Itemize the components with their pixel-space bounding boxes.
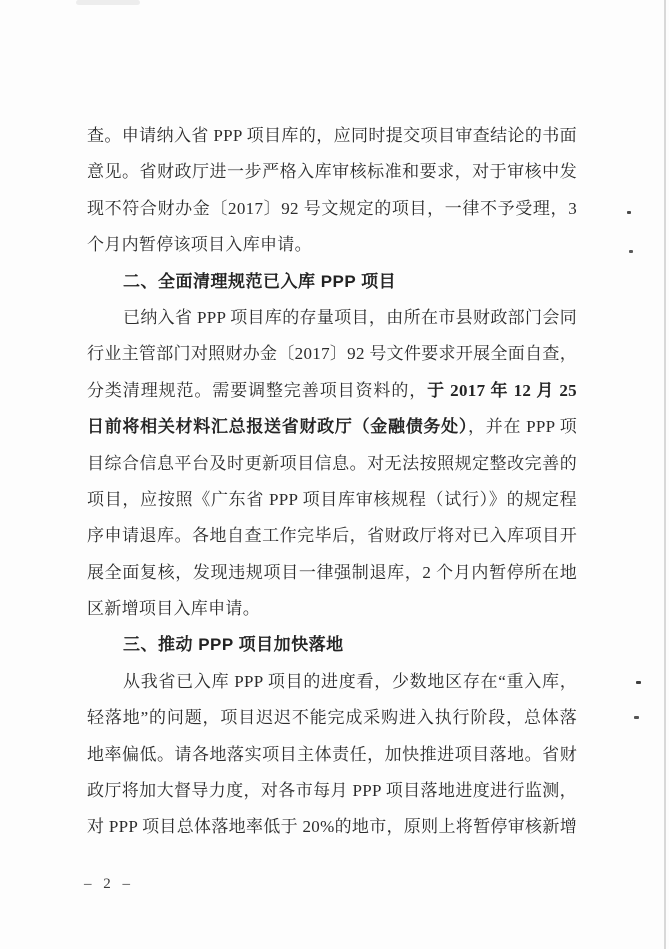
scan-speck: [634, 716, 639, 719]
scan-speck: [636, 681, 641, 684]
scanner-edge-line: [664, 0, 666, 949]
text-segment: 已纳入省 PPP 项目库的存量项目，由所在市县财政部门会同: [123, 308, 577, 327]
text-line: 序申请退库。各地自查工作完毕后，省财政厅将对已入库项目开: [87, 518, 577, 554]
text-line: 已纳入省 PPP 项目库的存量项目，由所在市县财政部门会同: [87, 300, 577, 336]
text-line: 查。申请纳入省 PPP 项目库的，应同时提交项目审查结论的书面: [87, 118, 577, 154]
text-line: 日前将相关材料汇总报送省财政厅（金融债务处），并在 PPP 项: [87, 409, 577, 445]
bold-text-segment: 日前将相关材料汇总报送省财政厅（金融债务处）: [87, 417, 468, 436]
text-line: 现不符合财办金〔2017〕92 号文规定的项目，一律不予受理，3: [87, 191, 577, 227]
text-segment: 行业主管部门对照财办金〔2017〕92 号文件要求开展全面自查，: [87, 344, 577, 363]
text-line: 轻落地”的问题，项目迟迟不能完成采购进入执行阶段，总体落: [87, 700, 577, 736]
bold-text-segment: 于 2017 年 12 月 25: [427, 381, 577, 400]
text-segment: 序申请退库。各地自查工作完毕后，省财政厅将对已入库项目开: [87, 526, 577, 545]
text-line: 目综合信息平台及时更新项目信息。对无法按照规定整改完善的: [87, 446, 577, 482]
text-line: 分类清理规范。需要调整完善项目资料的，于 2017 年 12 月 25: [87, 373, 577, 409]
text-segment: 对 PPP 项目总体落地率低于 20%的地市，原则上将暂停审核新增: [87, 817, 577, 836]
text-segment: 轻落地”的问题，项目迟迟不能完成采购进入执行阶段，总体落: [87, 708, 577, 727]
text-segment: 分类清理规范。需要调整完善项目资料的，: [87, 381, 427, 400]
text-line: 地率偏低。请各地落实项目主体责任，加快推进项目落地。省财: [87, 737, 577, 773]
text-segment: 意见。省财政厅进一步严格入库审核标准和要求，对于审核中发: [87, 162, 577, 181]
text-line: 个月内暂停该项目入库申请。: [87, 227, 577, 263]
section-heading: 二、全面清理规范已入库 PPP 项目: [123, 264, 577, 300]
page-number: – 2 –: [84, 876, 134, 893]
document-body: 查。申请纳入省 PPP 项目库的，应同时提交项目审查结论的书面意见。省财政厅进一…: [87, 118, 577, 846]
text-line: 意见。省财政厅进一步严格入库审核标准和要求，对于审核中发: [87, 154, 577, 190]
text-line: 从我省已入库 PPP 项目的进度看，少数地区存在“重入库，: [87, 664, 577, 700]
text-line: 政厅将加大督导力度，对各市每月 PPP 项目落地进度进行监测，: [87, 773, 577, 809]
scan-smudge-top: [76, 0, 140, 5]
scan-speck: [629, 250, 633, 253]
scanned-document-page: 查。申请纳入省 PPP 项目库的，应同时提交项目审查结论的书面意见。省财政厅进一…: [0, 0, 669, 949]
text-segment: 政厅将加大督导力度，对各市每月 PPP 项目落地进度进行监测，: [87, 781, 577, 800]
paragraph: 查。申请纳入省 PPP 项目库的，应同时提交项目审查结论的书面意见。省财政厅进一…: [87, 118, 577, 264]
text-line: 对 PPP 项目总体落地率低于 20%的地市，原则上将暂停审核新增: [87, 809, 577, 845]
scan-speck: [627, 211, 631, 214]
text-line: 区新增项目入库申请。: [87, 591, 577, 627]
text-segment: 个月内暂停该项目入库申请。: [87, 235, 312, 254]
text-segment: 现不符合财办金〔2017〕92 号文规定的项目，一律不予受理，3: [87, 199, 577, 218]
text-segment: 地率偏低。请各地落实项目主体责任，加快推进项目落地。省财: [87, 745, 577, 764]
text-segment: 区新增项目入库申请。: [87, 599, 260, 618]
text-line: 行业主管部门对照财办金〔2017〕92 号文件要求开展全面自查，: [87, 336, 577, 372]
section-heading: 三、推动 PPP 项目加快落地: [123, 627, 577, 663]
text-line: 展全面复核，发现违规项目一律强制退库，2 个月内暂停所在地: [87, 555, 577, 591]
text-segment: 展全面复核，发现违规项目一律强制退库，2 个月内暂停所在地: [87, 563, 577, 582]
text-segment: 项目，应按照《广东省 PPP 项目库审核规程（试行）》的规定程: [87, 490, 577, 509]
text-line: 项目，应按照《广东省 PPP 项目库审核规程（试行）》的规定程: [87, 482, 577, 518]
paragraph: 已纳入省 PPP 项目库的存量项目，由所在市县财政部门会同行业主管部门对照财办金…: [87, 300, 577, 628]
text-segment: 从我省已入库 PPP 项目的进度看，少数地区存在“重入库，: [123, 672, 577, 691]
paragraph: 从我省已入库 PPP 项目的进度看，少数地区存在“重入库，轻落地”的问题，项目迟…: [87, 664, 577, 846]
text-segment: ，并在 PPP 项: [468, 417, 577, 436]
text-segment: 目综合信息平台及时更新项目信息。对无法按照规定整改完善的: [87, 454, 577, 473]
text-segment: 查。申请纳入省 PPP 项目库的，应同时提交项目审查结论的书面: [87, 126, 577, 145]
